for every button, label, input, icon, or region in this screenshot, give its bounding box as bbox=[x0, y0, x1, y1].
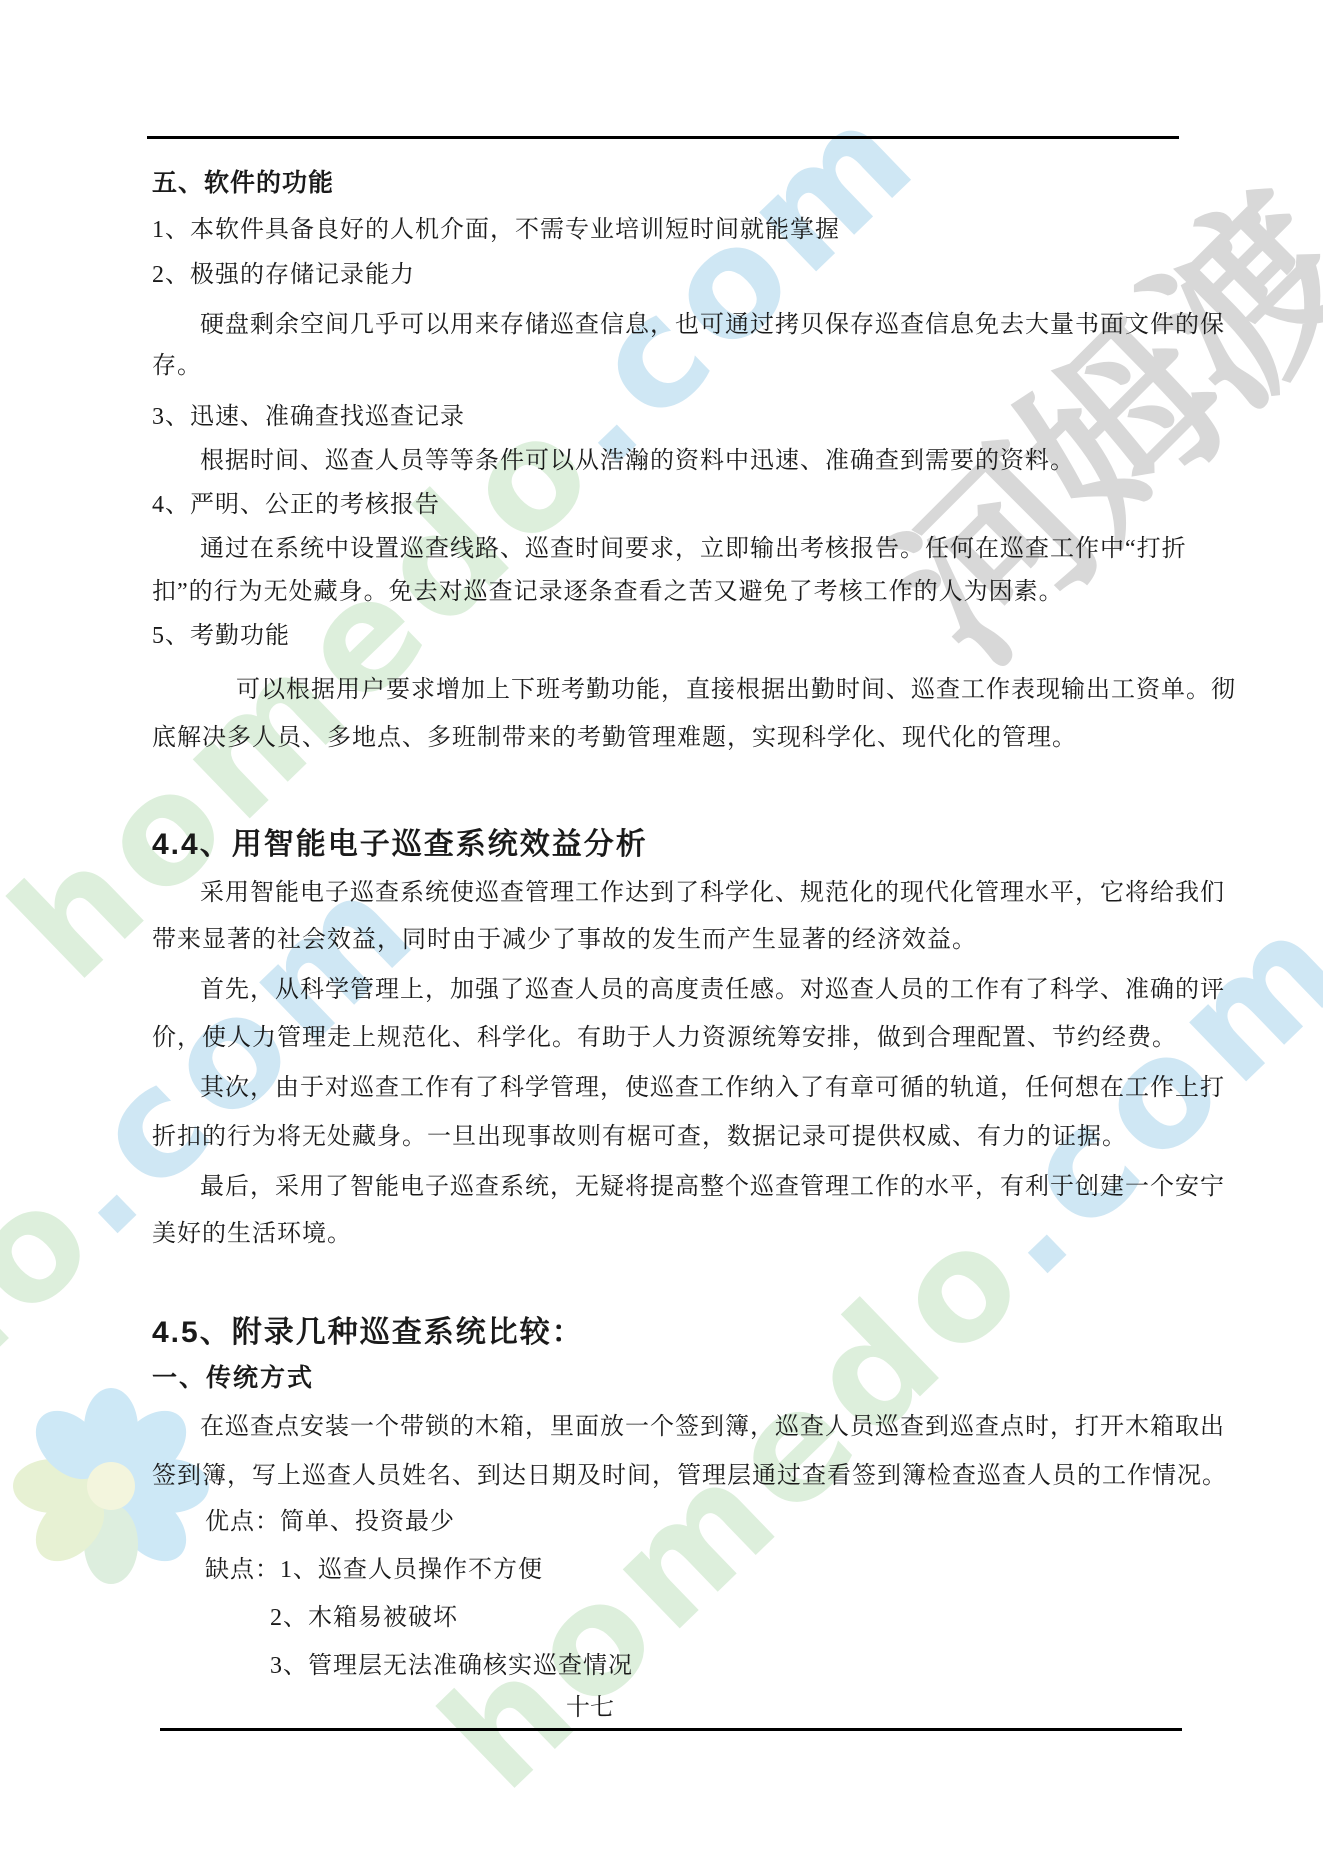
text-line: 扣”的行为无处藏身。免去对巡查记录逐条查看之苦又避免了考核工作的人为因素。 bbox=[152, 569, 1064, 615]
text-line: 可以根据用户要求增加上下班考勤功能，直接根据出勤时间、巡查工作表现输出工资单。彻 bbox=[236, 667, 1236, 713]
text-line: 1、本软件具备良好的人机介面，不需专业培训短时间就能掌握 bbox=[152, 207, 840, 253]
text-line: 带来显著的社会效益，同时由于减少了事故的发生而产生显著的经济效益。 bbox=[152, 917, 977, 963]
text-line: 5、考勤功能 bbox=[152, 613, 290, 659]
text-line: 最后，采用了智能电子巡查系统，无疑将提高整个巡查管理工作的水平，有利于创建一个安… bbox=[200, 1164, 1225, 1210]
text-line: 签到簿，写上巡查人员姓名、到达日期及时间，管理层通过查看签到簿检查巡查人员的工作… bbox=[152, 1453, 1227, 1499]
document-page: homedo.com homedo.com homedo.com 河姆渡 五、软… bbox=[0, 0, 1323, 1871]
text-line: 美好的生活环境。 bbox=[152, 1211, 352, 1257]
text-line: 折扣的行为将无处藏身。一旦出现事故则有椐可查，数据记录可提供权威、有力的证据。 bbox=[152, 1114, 1127, 1160]
text-line: 优点：简单、投资最少 bbox=[205, 1499, 455, 1545]
text-line: 硬盘剩余空间几乎可以用来存储巡查信息，也可通过拷贝保存巡查信息免去大量书面文件的… bbox=[200, 302, 1225, 348]
text-line: 2、木箱易被破坏 bbox=[270, 1595, 458, 1641]
text-line: 采用智能电子巡查系统使巡查管理工作达到了科学化、规范化的现代化管理水平，它将给我… bbox=[200, 870, 1225, 916]
text-line: 底解决多人员、多地点、多班制带来的考勤管理难题，实现科学化、现代化的管理。 bbox=[152, 715, 1077, 761]
text-line: 存。 bbox=[152, 343, 202, 389]
text-line: 3、管理层无法准确核实巡查情况 bbox=[270, 1643, 633, 1689]
text-line: 其次，由于对巡查工作有了科学管理，使巡查工作纳入了有章可循的轨道，任何想在工作上… bbox=[200, 1065, 1225, 1111]
text-line: 缺点：1、巡查人员操作不方便 bbox=[205, 1547, 543, 1593]
page-number: 十七 bbox=[0, 1688, 1180, 1728]
footer-rule bbox=[160, 1728, 1182, 1731]
document-content: 五、软件的功能1、本软件具备良好的人机介面，不需专业培训短时间就能掌握2、极强的… bbox=[0, 0, 1323, 1871]
text-line: 一、传统方式 bbox=[152, 1355, 314, 1401]
text-line: 五、软件的功能 bbox=[152, 161, 334, 207]
text-line: 3、迅速、准确查找巡查记录 bbox=[152, 394, 465, 440]
text-line: 在巡查点安装一个带锁的木箱，里面放一个签到簿，巡查人员巡查到巡查点时，打开木箱取… bbox=[200, 1404, 1225, 1450]
text-line: 通过在系统中设置巡查线路、巡查时间要求，立即输出考核报告。任何在巡查工作中“打折 bbox=[200, 526, 1187, 572]
text-line: 2、极强的存储记录能力 bbox=[152, 252, 415, 298]
text-line: 4、严明、公正的考核报告 bbox=[152, 482, 440, 528]
text-line: 根据时间、巡查人员等等条件可以从浩瀚的资料中迅速、准确查到需要的资料。 bbox=[200, 438, 1075, 484]
text-line: 首先，从科学管理上，加强了巡查人员的高度责任感。对巡查人员的工作有了科学、准确的… bbox=[200, 967, 1225, 1013]
header-rule bbox=[147, 136, 1179, 139]
text-line: 4.5、附录几种巡查系统比较： bbox=[152, 1310, 584, 1356]
text-line: 4.4、用智能电子巡查系统效益分析 bbox=[152, 822, 648, 868]
text-line: 价，使人力管理走上规范化、科学化。有助于人力资源统筹安排，做到合理配置、节约经费… bbox=[152, 1015, 1177, 1061]
